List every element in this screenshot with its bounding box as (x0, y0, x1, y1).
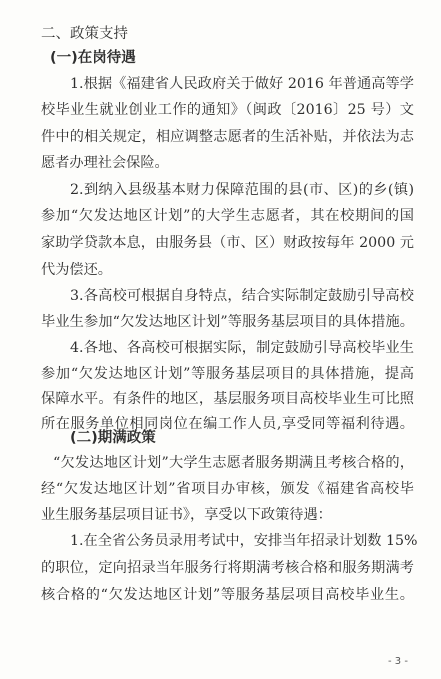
paragraph-1-line: 愿者办理社会保险。 (41, 151, 414, 175)
paragraph-4-line: 保障水平。有条件的地区，基层服务项目高校毕业生可比照 (41, 387, 414, 411)
section-heading: 二、政策支持 (41, 22, 414, 46)
paragraph-4-line: 参加“欠发达地区计划”等服务基层项目的具体措施，提高 (41, 362, 414, 386)
paragraph-2-line: 2.到纳入县级基本财力保障范围的县(市、区)的乡(镇) (70, 178, 414, 202)
paragraph-1-line: 1.根据《福建省人民政府关于做好 2016 年普通高等学 (70, 72, 414, 96)
paragraph-2-line: 家助学贷款本息，由服务县（市、区）财政按每年 2000 元 (41, 231, 414, 255)
paragraph-6-line: 核合格的“欠发达地区计划”等服务基层项目高校毕业生。 (41, 583, 414, 607)
page-number: - 3 - (388, 656, 408, 667)
paragraph-2-line: 参加“欠发达地区计划”的大学生志愿者，其在校期间的国 (41, 204, 414, 228)
paragraph-5-line: 经“欠发达地区计划”省项目办审核，颁发《福建省高校毕 (41, 477, 414, 501)
subsection-title-1: (一)在岗待遇 (50, 46, 423, 70)
subsection-title-2: (二)期满政策 (70, 426, 441, 450)
paragraph-5-line: “欠发达地区计划”大学生志愿者服务期满且考核合格的， (53, 451, 414, 475)
paragraph-1-line: 件中的相关规定，相应调整志愿者的生活补贴，并依法为志 (41, 125, 414, 149)
paragraph-5-line: 业生服务基层项目证书》，享受以下政策待遇： (41, 503, 414, 527)
paragraph-6-line: 1.在全省公务员录用考试中，安排当年招录计划数 15% (70, 529, 414, 553)
paragraph-3-line: 毕业生参加“欠发达地区计划”等服务基层项目的具体措施。 (41, 310, 414, 334)
paragraph-3-line: 3.各高校可根据自身特点，结合实际制定鼓励引导高校 (70, 284, 414, 308)
paragraph-6-line: 的职位，定向招录当年服务行将期满考核合格和服务期满考 (41, 556, 414, 580)
paragraph-2-line: 代为偿还。 (41, 258, 414, 282)
paragraph-1-line: 校毕业生就业创业工作的通知》（闽政〔2016〕25 号）文 (41, 98, 414, 122)
paragraph-4-line: 4.各地、各高校可根据实际，制定鼓励引导高校毕业生 (70, 336, 414, 360)
